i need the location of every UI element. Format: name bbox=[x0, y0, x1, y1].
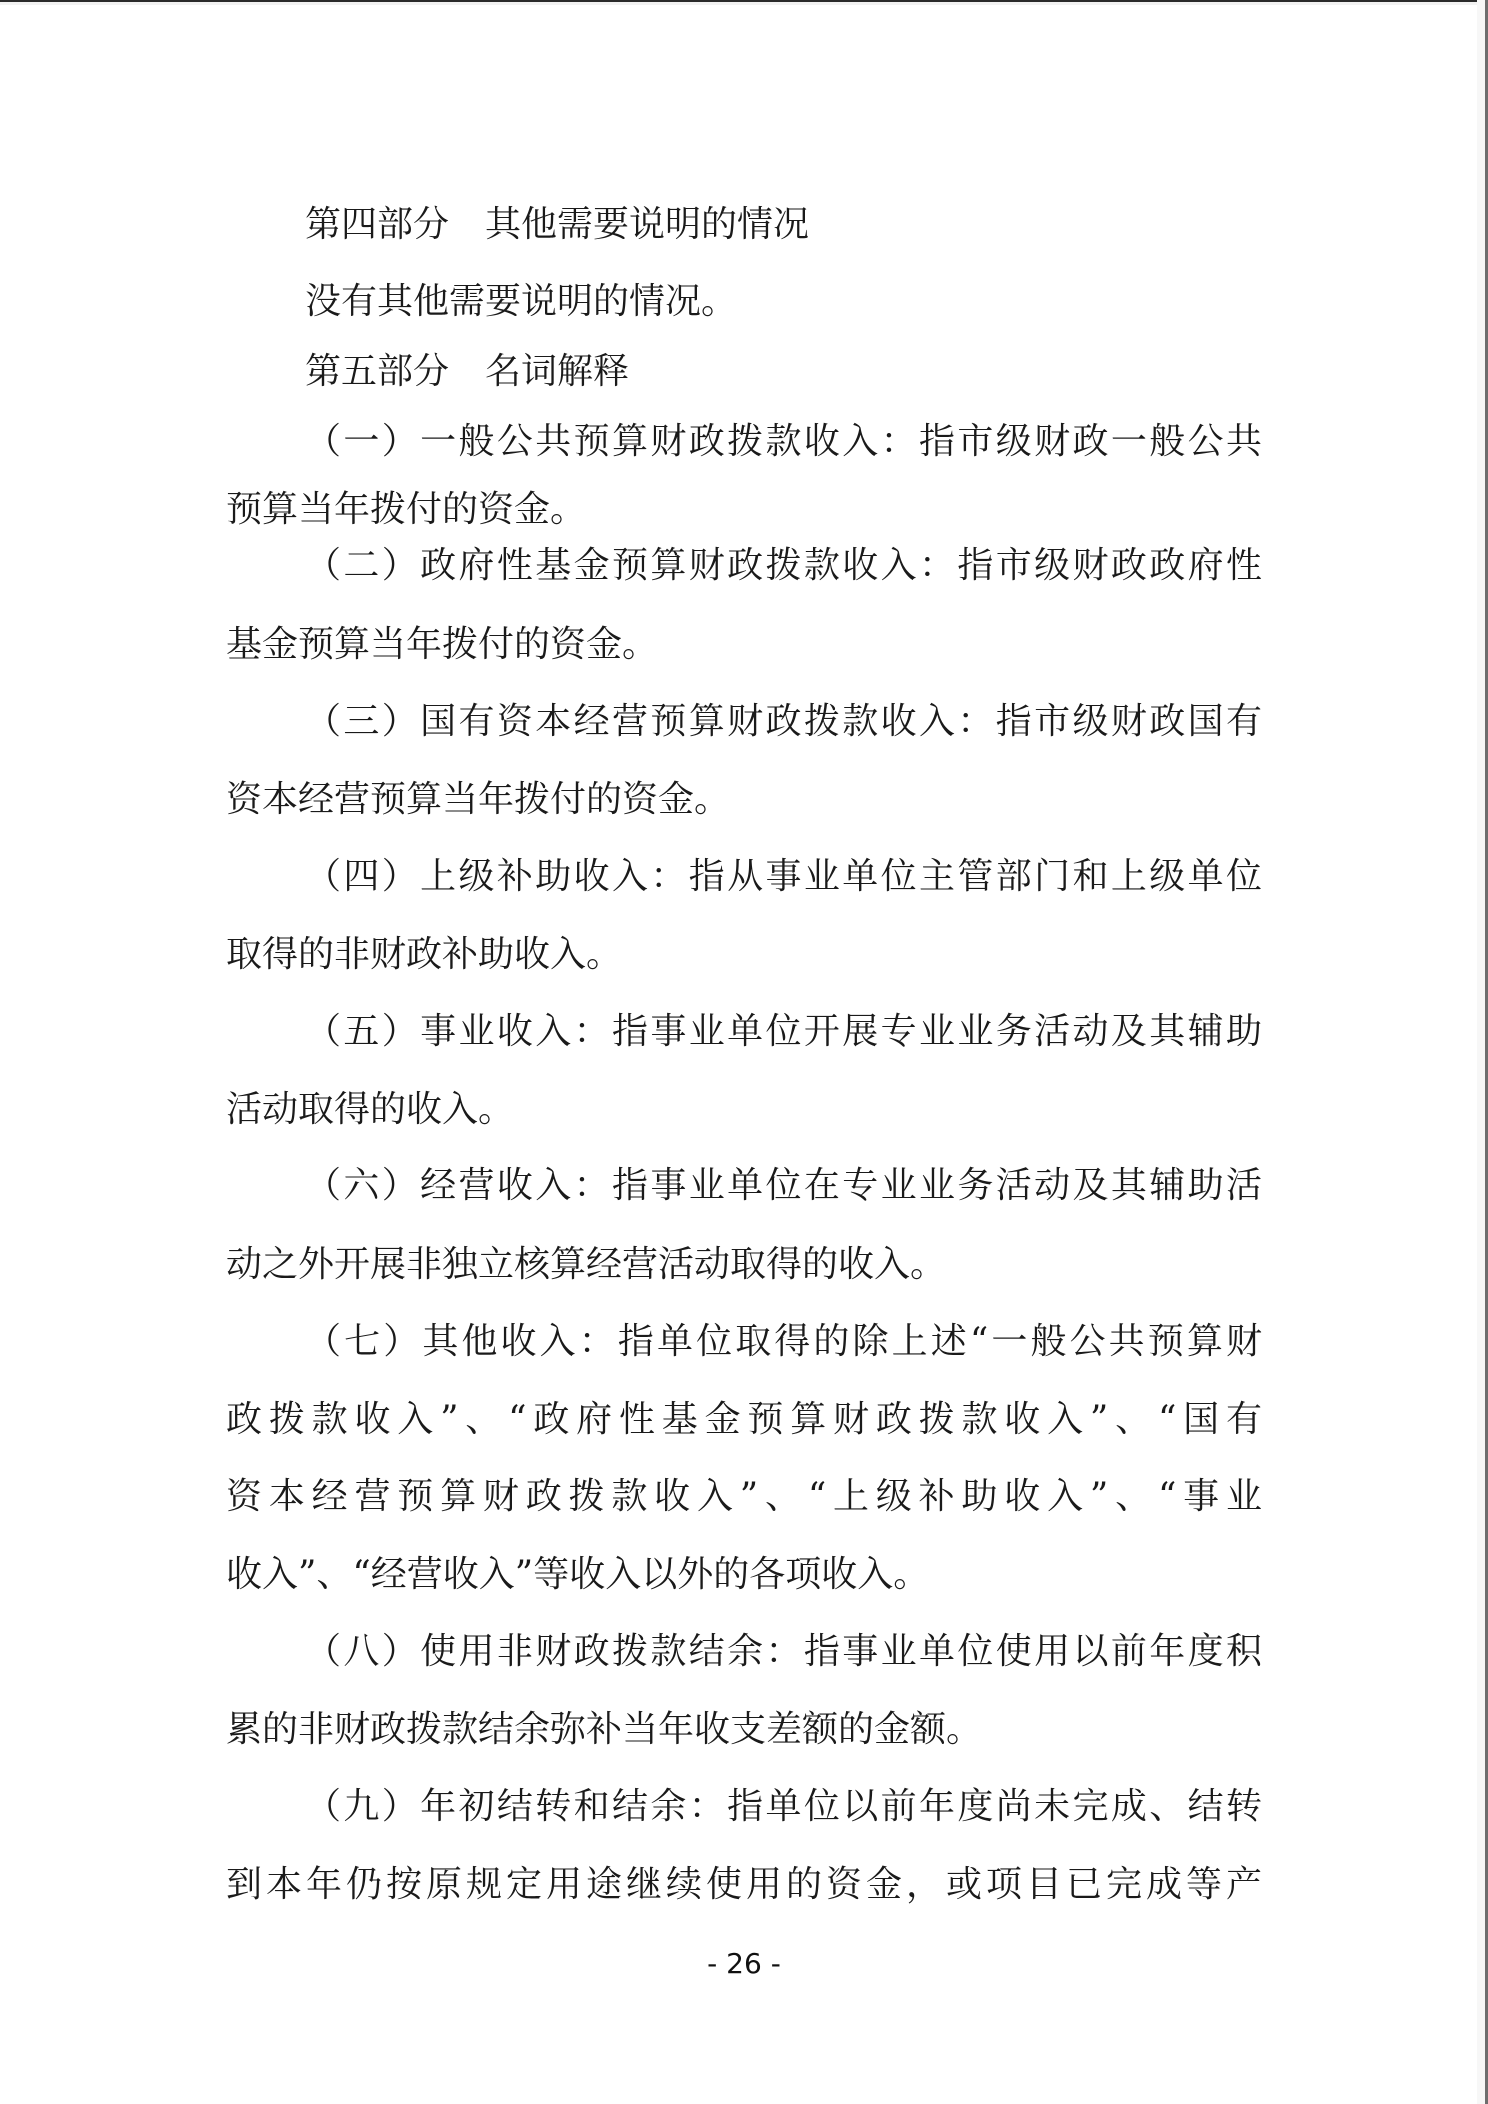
definition-5-line-1: （五）事业收入：指事业单位开展专业业务活动及其辅助 bbox=[305, 1010, 1262, 1054]
section-title: 名词解释 bbox=[485, 351, 629, 392]
definition-7-line-2: 政拨款收入”、“政府性基金预算财政拨款收入”、“国有 bbox=[226, 1398, 1262, 1442]
section-heading-part4: 第四部分其他需要说明的情况 bbox=[305, 203, 1262, 247]
definition-6-line-1: （六）经营收入：指事业单位在专业业务活动及其辅助活 bbox=[305, 1164, 1262, 1208]
definition-3-line-1: （三）国有资本经营预算财政拨款收入：指市级财政国有 bbox=[305, 700, 1262, 744]
section-body-part4: 没有其他需要说明的情况。 bbox=[305, 280, 1262, 324]
definition-3-line-2: 资本经营预算当年拨付的资金。 bbox=[226, 778, 1262, 822]
section-number: 第四部分 bbox=[305, 204, 449, 245]
definition-7-line-3: 资本经营预算财政拨款收入”、“上级补助收入”、“事业 bbox=[226, 1475, 1262, 1519]
definition-4-line-2: 取得的非财政补助收入。 bbox=[226, 933, 1262, 977]
section-title: 其他需要说明的情况 bbox=[485, 204, 809, 245]
definition-7-line-1: （七）其他收入：指单位取得的除上述“一般公共预算财 bbox=[305, 1320, 1262, 1364]
page-number: - 26 - bbox=[0, 1946, 1488, 1982]
definition-2-line-2: 基金预算当年拨付的资金。 bbox=[226, 623, 1262, 667]
definition-7-line-4: 收入”、“经营收入”等收入以外的各项收入。 bbox=[226, 1553, 1262, 1597]
page-right-border-shadow bbox=[1477, 0, 1485, 2104]
definition-9-line-1: （九）年初结转和结余：指单位以前年度尚未完成、结转 bbox=[305, 1785, 1262, 1829]
definition-8-line-1: （八）使用非财政拨款结余：指事业单位使用以前年度积 bbox=[305, 1630, 1262, 1674]
definition-2-line-1: （二）政府性基金预算财政拨款收入：指市级财政政府性 bbox=[305, 544, 1262, 588]
definition-4-line-1: （四）上级补助收入：指从事业单位主管部门和上级单位 bbox=[305, 855, 1262, 899]
definition-5-line-2: 活动取得的收入。 bbox=[226, 1088, 1262, 1132]
definition-1-line-1: （一）一般公共预算财政拨款收入：指市级财政一般公共 bbox=[305, 420, 1262, 464]
section-number: 第五部分 bbox=[305, 351, 449, 392]
section-heading-part5: 第五部分名词解释 bbox=[305, 350, 1262, 394]
definition-8-line-2: 累的非财政拨款结余弥补当年收支差额的金额。 bbox=[226, 1708, 1262, 1752]
page-top-border-shadow bbox=[0, 2, 1488, 5]
definition-6-line-2: 动之外开展非独立核算经营活动取得的收入。 bbox=[226, 1243, 1262, 1287]
definition-9-line-2: 到本年仍按原规定用途继续使用的资金，或项目已完成等产 bbox=[226, 1863, 1262, 1907]
definition-1-line-2: 预算当年拨付的资金。 bbox=[226, 488, 1262, 532]
